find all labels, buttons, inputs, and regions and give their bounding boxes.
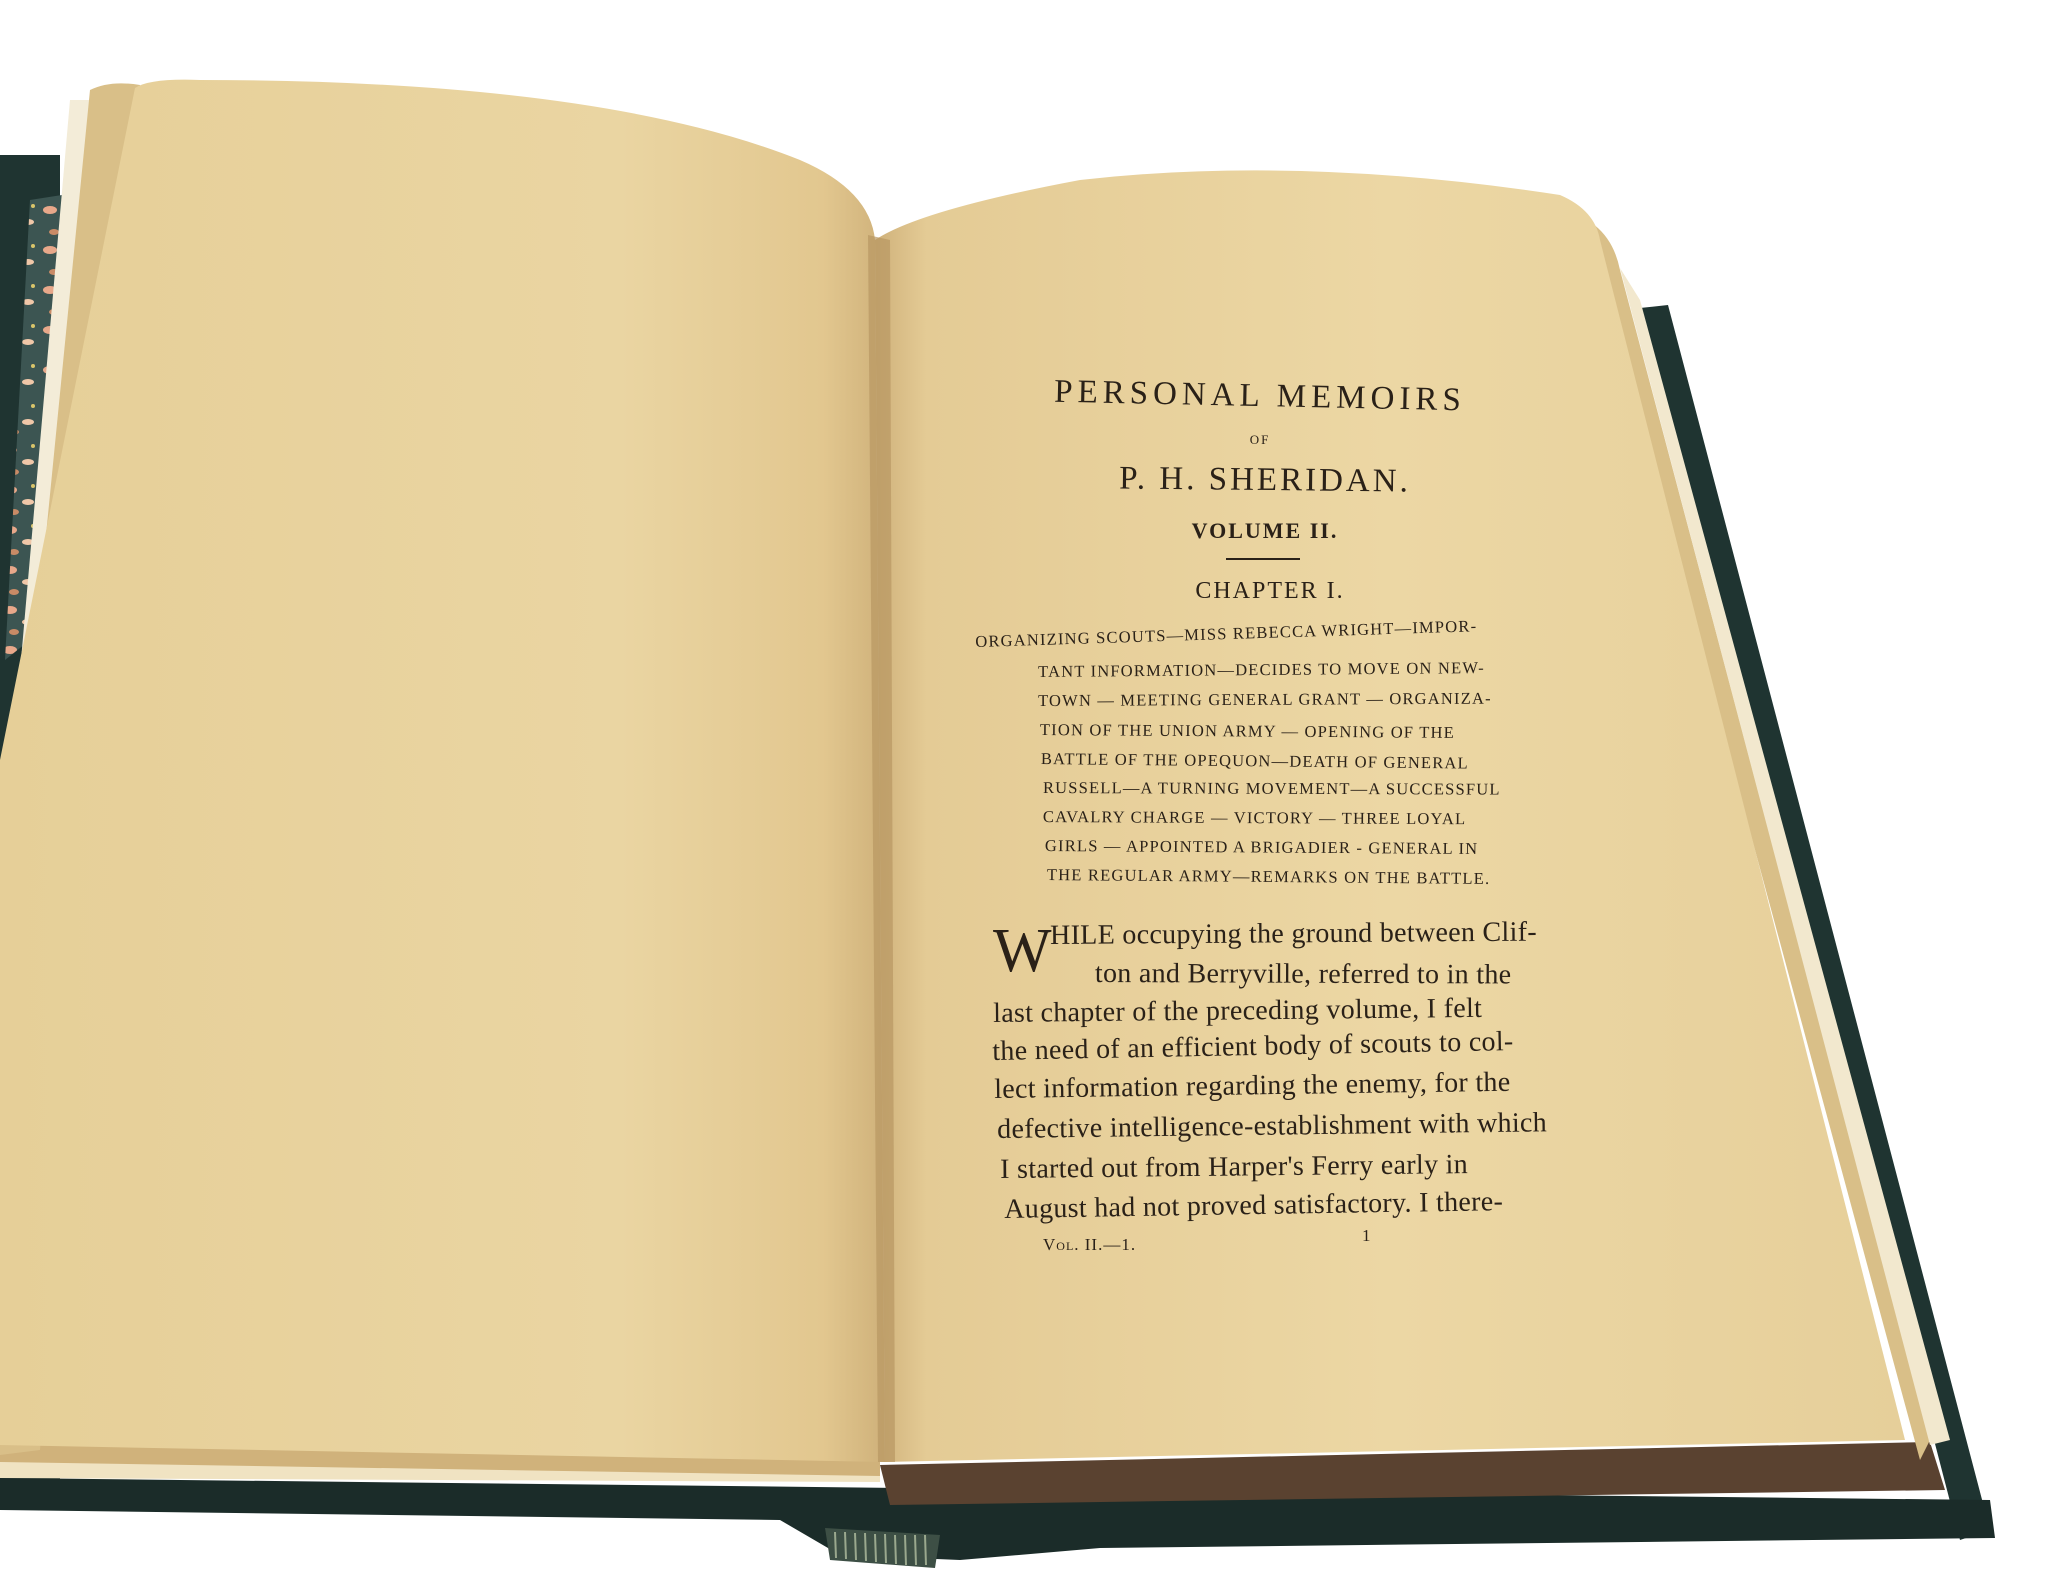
synopsis-line: GIRLS — APPOINTED A BRIGADIER - GENERAL …: [1045, 836, 1479, 859]
book-photo: PERSONAL MEMOIRS OF P. H. SHERIDAN. VOLU…: [0, 0, 2048, 1592]
body-line: I started out from Harper's Ferry early …: [1000, 1149, 1468, 1186]
synopsis-line: TOWN — MEETING GENERAL GRANT — ORGANIZA-: [1038, 689, 1492, 711]
drop-cap: W: [993, 920, 1052, 982]
synopsis-line: RUSSELL—A TURNING MOVEMENT—A SUCCESSFUL: [1043, 778, 1501, 800]
synopsis-line: CAVALRY CHARGE — VICTORY — THREE LOYAL: [1043, 807, 1466, 829]
chapter-heading: CHAPTER I.: [1160, 578, 1380, 605]
signature-mark: Vol. II.—1.: [1043, 1235, 1136, 1255]
title-divider: [1226, 558, 1300, 560]
body-line: ton and Berryville, referred to in the: [1095, 958, 1512, 991]
headband: [825, 1528, 940, 1568]
body-line: defective intelligence-establishment wit…: [997, 1107, 1547, 1146]
synopsis-line: THE REGULAR ARMY—REMARKS ON THE BATTLE.: [1047, 865, 1491, 889]
open-book-illustration: [0, 0, 2048, 1592]
title-of: OF: [1220, 432, 1300, 448]
synopsis-line: TION OF THE UNION ARMY — OPENING OF THE: [1040, 720, 1455, 743]
volume-label: VOLUME II.: [1150, 518, 1380, 544]
left-page: [0, 80, 885, 1462]
body-line: last chapter of the preceding volume, I …: [993, 993, 1482, 1030]
page-number: 1: [1362, 1226, 1371, 1246]
book-author: P. H. SHERIDAN.: [1075, 460, 1455, 501]
body-line: HILE occupying the ground between Clif-: [1050, 917, 1537, 952]
synopsis-line: TANT INFORMATION—DECIDES TO MOVE ON NEW-: [1038, 658, 1485, 682]
